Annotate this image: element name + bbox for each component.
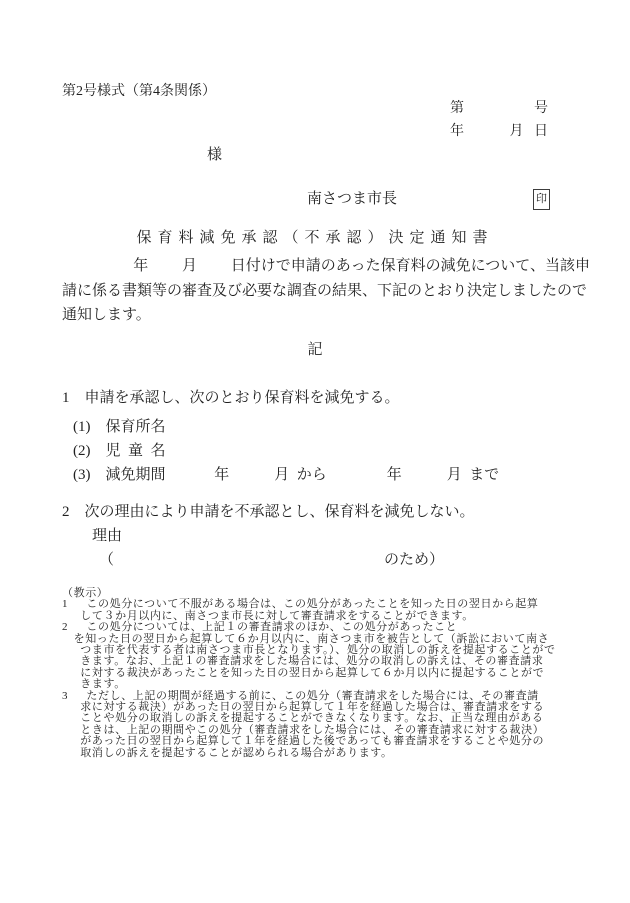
issue-date-line: 年 月 日: [450, 124, 548, 140]
document-title: 保育料減免承認（不承認）決定通知書: [0, 226, 630, 247]
seal-box: 印: [533, 189, 550, 210]
body-line: 年 月 日付けで申請のあった保育料の減免について、当該申: [62, 254, 590, 279]
seal-stamp-icon: 印: [536, 194, 547, 205]
notice-line: 取消しの訴えを提起することが認められる場合があります。: [62, 748, 556, 759]
body-line: 通知します。: [62, 303, 590, 328]
approval-item: (2) 児 童 名: [73, 439, 499, 463]
addressee-honorific: 様: [207, 146, 222, 164]
reason-label: 理由: [92, 527, 122, 545]
legal-notice: （教示）1 この処分について不服がある場合は、この処分があったことを知った日の翌…: [62, 588, 556, 759]
body-paragraph: 年 月 日付けで申請のあった保育料の減免について、当該申請に係る書類等の審査及び…: [62, 254, 590, 328]
reason-blank-line: （ のため）: [99, 551, 444, 569]
form-number: 第2号様式（第4条関係）: [62, 84, 216, 100]
body-line: 請に係る書類等の審査及び必要な調査の結果、下記のとおり決定しましたので: [62, 279, 590, 304]
issuer-name: 南さつま市長: [307, 190, 397, 208]
doc-number-line: 第 号: [450, 101, 548, 117]
approval-item-list: (1) 保育所名(2) 児 童 名(3) 減免期間 年 月 から 年 月 まで: [73, 415, 499, 487]
approval-heading: 1 申請を承認し、次のとおり保育料を減免する。: [62, 389, 400, 407]
record-marker: 記: [0, 341, 630, 359]
disapproval-heading: 2 次の理由により申請を不承認とし、保育料を減免しない。: [62, 503, 475, 521]
notice-line: があった日の翌日から起算して１年を経過した後であっても審査請求をすることや処分の: [62, 736, 556, 747]
approval-item: (1) 保育所名: [73, 415, 499, 439]
notice-line: に対する裁決があったことを知った日の翌日から起算して６か月以内に提起することがで: [62, 668, 556, 679]
notice-line: きます。: [62, 679, 556, 690]
approval-item: (3) 減免期間 年 月 から 年 月 まで: [73, 463, 499, 487]
notice-line: 2 この処分については、上記１の審査請求のほか、この処分があったこと: [62, 622, 556, 633]
